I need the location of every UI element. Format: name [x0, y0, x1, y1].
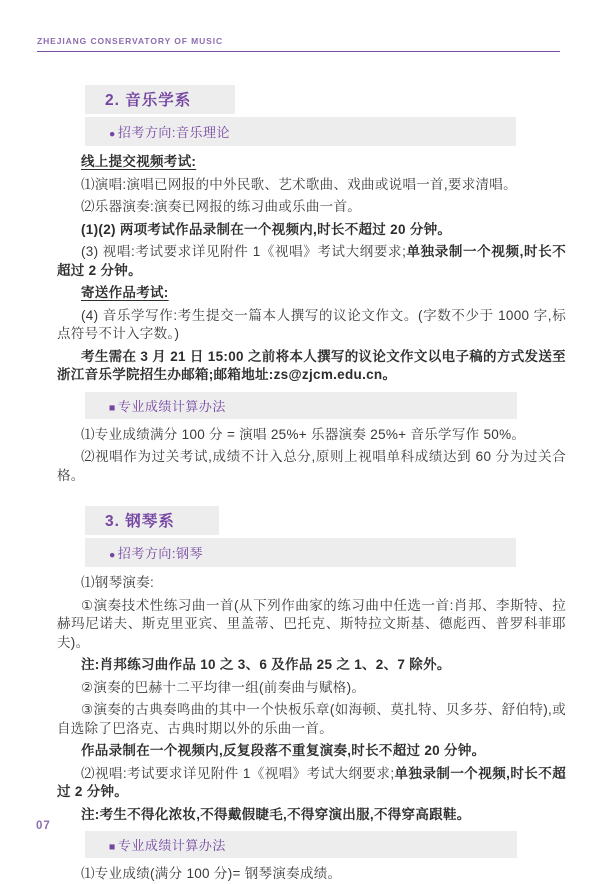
direction-bar-musicology: ●招考方向:音乐理论	[85, 117, 516, 146]
page-header: ZHEJIANG CONSERVATORY OF MUSIC	[0, 0, 600, 52]
paragraph-bach: ②演奏的巴赫十二平均律一组(前奏曲与赋格)。	[57, 679, 566, 698]
page-content: 2. 音乐学系 ●招考方向:音乐理论 线上提交视频考试: ⑴演唱:演唱已网报的中…	[57, 85, 566, 884]
paragraph-online-exam-heading: 线上提交视频考试:	[57, 153, 566, 172]
section-musicology: 2. 音乐学系 ●招考方向:音乐理论 线上提交视频考试: ⑴演唱:演唱已网报的中…	[57, 85, 566, 485]
paragraph-score-pass: ⑵视唱作为过关考试,成绩不计入总分,原则上视唱单科成绩达到 60 分为过关合格。	[57, 448, 566, 485]
section-title-musicology: 2. 音乐学系	[85, 85, 235, 114]
section-title-piano: 3. 钢琴系	[85, 506, 219, 535]
paragraph-sightsinging: ⑵视唱:考试要求详见附件 1《视唱》考试大纲要求;单独录制一个视频,时长不超过 …	[57, 765, 566, 802]
paragraph-note-dress: 注:考生不得化浓妆,不得戴假睫毛,不得穿演出服,不得穿高跟鞋。	[57, 806, 566, 825]
direction-label: 招考方向:音乐理论	[118, 125, 230, 140]
paragraph-note-chopin: 注:肖邦练习曲作品 10 之 3、6 及作品 25 之 1、2、7 除外。	[57, 656, 566, 675]
paragraph-writing: (4) 音乐学写作:考生提交一篇本人撰写的议论文作文。(字数不少于 1000 字…	[57, 307, 566, 344]
paragraph-deadline: 考生需在 3 月 21 日 15:00 之前将本人撰写的议论文作文以电子稿的方式…	[57, 348, 566, 385]
paragraph-mail-exam-heading: 寄送作品考试:	[57, 284, 566, 303]
paragraph-recording-limit: 作品录制在一个视频内,反复段落不重复演奏,时长不超过 20 分钟。	[57, 742, 566, 761]
calc-label: 专业成绩计算办法	[118, 399, 226, 414]
paragraph-singing: ⑴演唱:演唱已网报的中外民歌、艺术歌曲、戏曲或说唱一首,要求清唱。	[57, 176, 566, 195]
square-icon: ■	[109, 402, 116, 414]
calc-label: 专业成绩计算办法	[118, 838, 226, 853]
direction-bar-piano: ●招考方向:钢琴	[85, 538, 516, 567]
section-piano: 3. 钢琴系 ●招考方向:钢琴 ⑴钢琴演奏: ①演奏技术性练习曲一首(从下列作曲…	[57, 506, 566, 884]
calc-bar-piano: ■专业成绩计算办法	[85, 831, 517, 858]
page-number: 07	[36, 820, 51, 832]
paragraph-sightsinging: (3) 视唱:考试要求详见附件 1《视唱》考试大纲要求;单独录制一个视频,时长不…	[57, 243, 566, 280]
paragraph-score-formula: ⑴专业成绩(满分 100 分)= 钢琴演奏成绩。	[57, 865, 566, 884]
paragraph-etude: ①演奏技术性练习曲一首(从下列作曲家的练习曲中任选一首:肖邦、李斯特、拉赫玛尼诺…	[57, 597, 566, 653]
direction-label: 招考方向:钢琴	[118, 546, 203, 561]
calc-bar-musicology: ■专业成绩计算办法	[85, 392, 517, 419]
bullet-icon: ●	[109, 128, 116, 140]
paragraph-piano-performance: ⑴钢琴演奏:	[57, 574, 566, 593]
square-icon: ■	[109, 841, 116, 853]
paragraph-recording-limit: (1)(2) 两项考试作品录制在一个视频内,时长不超过 20 分钟。	[57, 221, 566, 240]
document-page: ZHEJIANG CONSERVATORY OF MUSIC 2. 音乐学系 ●…	[0, 0, 600, 884]
paragraph-score-formula: ⑴专业成绩满分 100 分 = 演唱 25%+ 乐器演奏 25%+ 音乐学写作 …	[57, 426, 566, 445]
paragraph-sonata: ③演奏的古典奏鸣曲的其中一个快板乐章(如海顿、莫扎特、贝多芬、舒伯特),或自选除…	[57, 701, 566, 738]
header-title: ZHEJIANG CONSERVATORY OF MUSIC	[37, 36, 560, 46]
paragraph-instrument: ⑵乐器演奏:演奏已网报的练习曲或乐曲一首。	[57, 198, 566, 217]
bullet-icon: ●	[109, 549, 116, 561]
header-rule	[37, 51, 560, 52]
